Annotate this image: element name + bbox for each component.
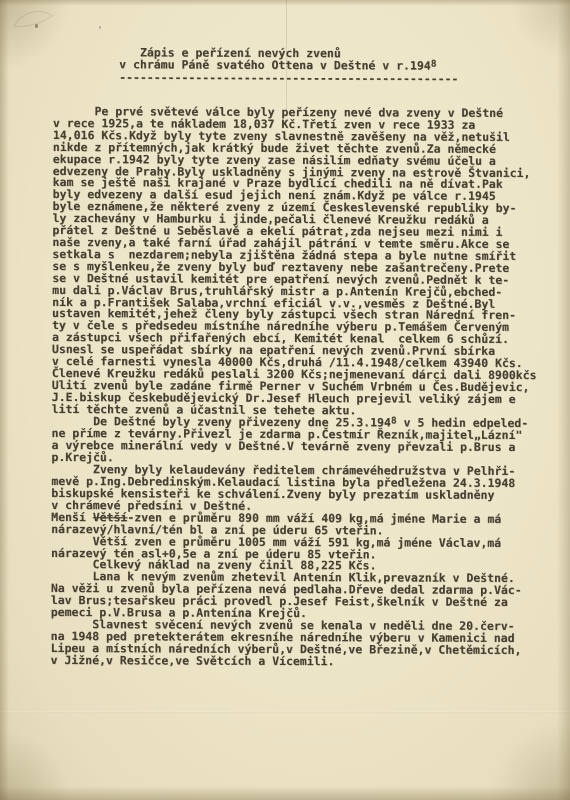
document-page: Zápis e peřízení nevých zvenův chrámu Pá… <box>0 0 570 800</box>
document-body: Pe prvé světevé válce byly peřízeny nevé… <box>51 106 538 669</box>
paper-crease-vertical <box>286 0 287 115</box>
raised-eight: 8 <box>431 59 437 71</box>
pencil-scribble-mark <box>10 4 70 34</box>
document-title: Zápis e peřízení nevých zvenův chrámu Pá… <box>119 47 458 85</box>
ink-speck <box>35 24 38 28</box>
text-line: ----------------------------------------… <box>119 72 458 85</box>
paper-crease-horizontal <box>0 711 570 713</box>
text-line: a výrebce minerální vedy v Deštné.V tevá… <box>51 440 536 454</box>
scanned-sheet: Zápis e peřízení nevých zvenův chrámu Pá… <box>0 0 570 800</box>
ink-speck <box>99 26 101 29</box>
raised-eight: 8 <box>391 415 397 427</box>
